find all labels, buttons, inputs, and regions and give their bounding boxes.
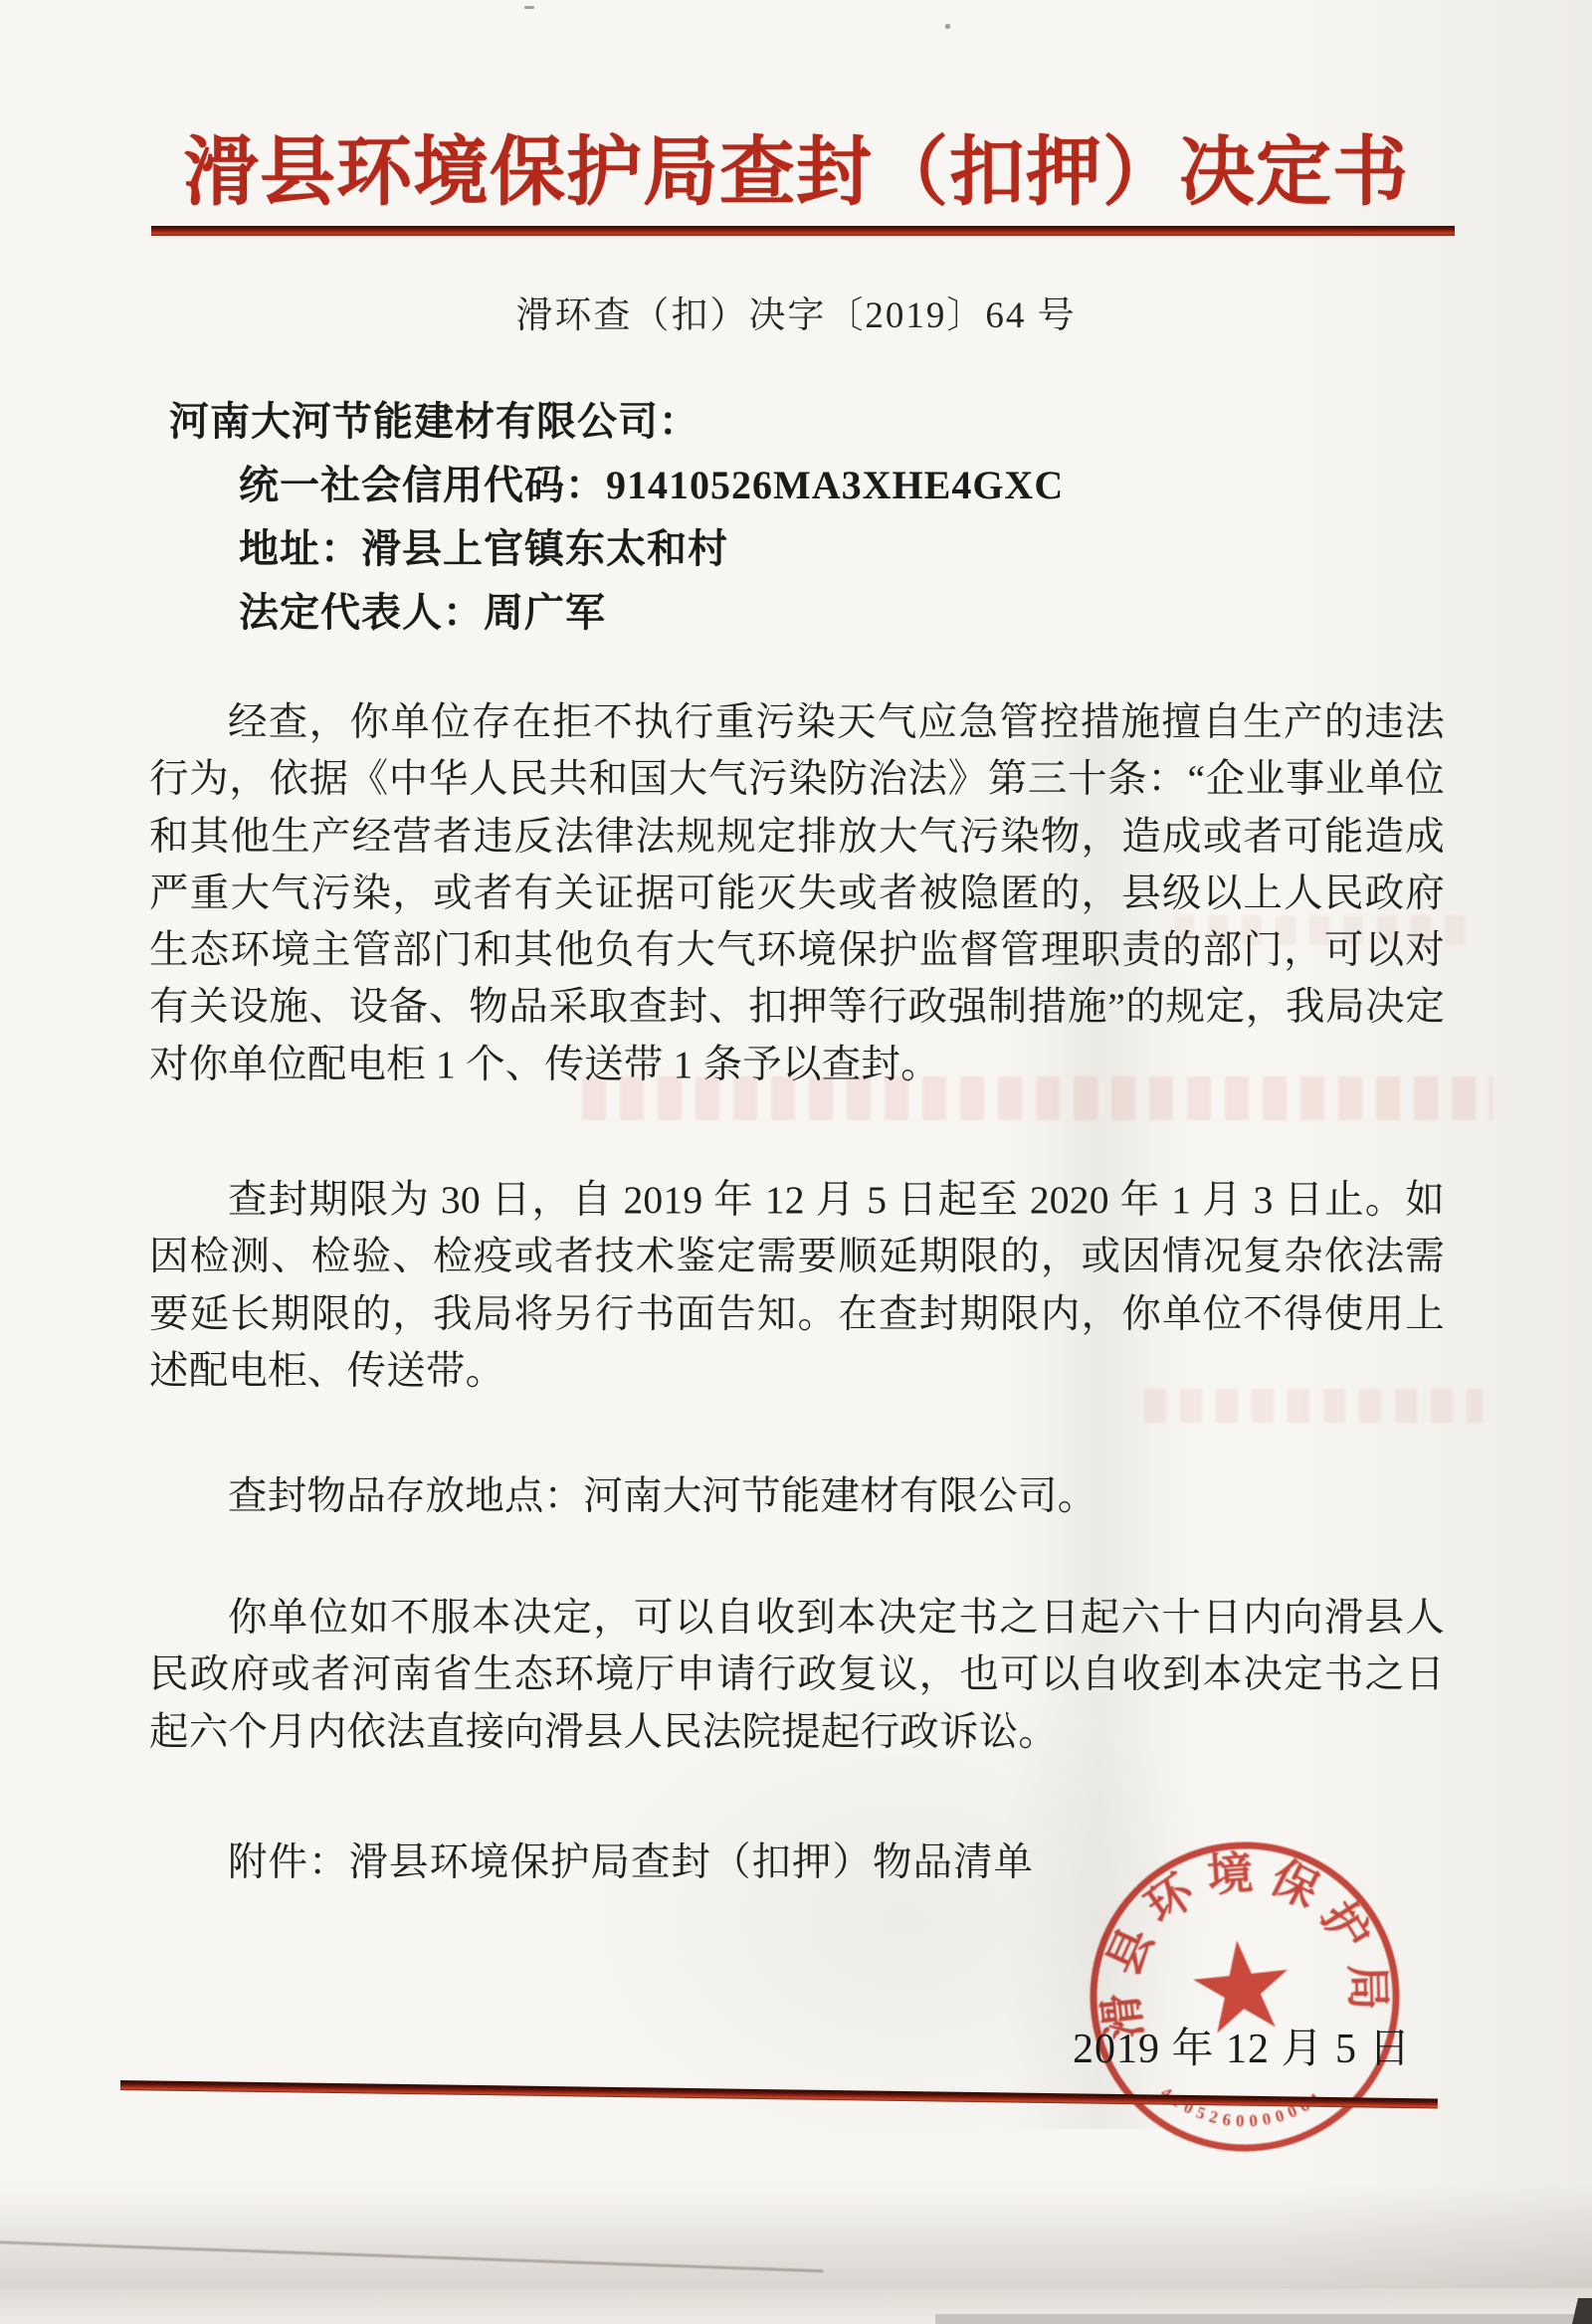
corner-mark [1572,2298,1592,2324]
issue-date: 2019 年 12 月 5 日 [1073,2016,1431,2075]
recipient-company-line: 河南大河节能建材有限公司： [169,390,699,447]
document-number: 滑环查（扣）决字〔2019〕64 号 [0,285,1592,338]
body-paragraph-appeal-rights: 你单位如不服本决定，可以自收到本决定书之日起六十日内向滑县人民政府或者河南省生态… [149,1590,1445,1761]
paper-crease [0,2240,824,2272]
scan-edge-strip [935,2314,1592,2324]
page-bottom-shadow [0,2184,1592,2293]
scan-speck [945,24,950,29]
paper-edge-strip [0,2288,1592,2324]
document-title: 滑县环境保护局查封（扣押）决定书 [0,111,1592,220]
recipient-address-line: 地址：滑县上官镇东太和村 [239,517,728,574]
recipient-legal-rep-line: 法定代表人：周广军 [239,581,606,638]
scanned-document-page: { "document": { "title": "滑县环境保护局查封（扣押）决… [0,0,1592,2324]
title-red-rule [151,226,1455,236]
body-paragraph-findings: 经查，你单位存在拒不执行重污染天气应急管控措施擅自生产的违法行为，依据《中华人民… [149,694,1445,1093]
official-seal-stamp: 滑县环境保护局 4105260000061 [1065,1817,1426,2178]
body-paragraph-seal-period: 查封期限为 30 日，自 2019 年 12 月 5 日起至 2020 年 1 … [149,1172,1445,1400]
body-paragraph-storage-location: 查封物品存放地点：河南大河节能建材有限公司。 [149,1468,1445,1525]
recipient-credit-code-line: 统一社会信用代码：91410526MA3XHE4GXC [239,454,1064,510]
scan-speck [524,6,534,9]
